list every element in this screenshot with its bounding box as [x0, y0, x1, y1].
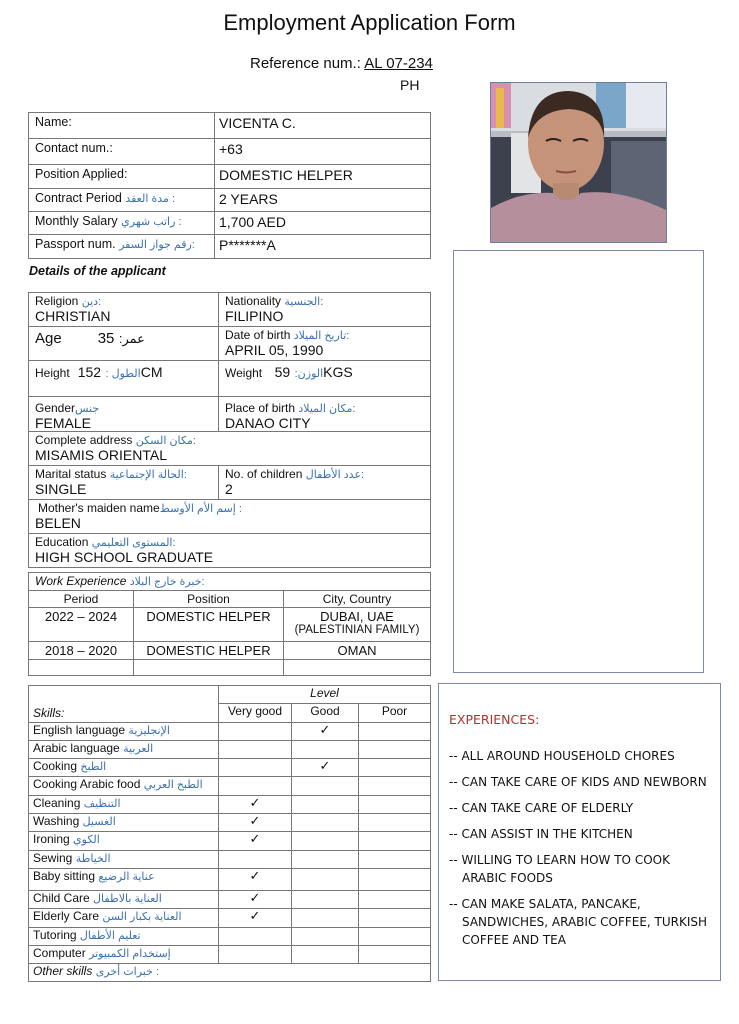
basic-info-row: Name: VICENTA C. [29, 113, 431, 139]
basic-info-label-ar: راتب شهري : [121, 216, 181, 228]
skill-name: Child Care [33, 891, 90, 905]
age-cell: Ageعمر: 35 [29, 327, 219, 361]
religion-value: CHRISTIAN [35, 308, 212, 324]
skill-name-ar: الغسيل [83, 816, 116, 828]
marital-status-cell: Marital status الحالة الإجتماعية: SINGLE [29, 466, 219, 500]
basic-info-label-cell: Contact num.: [29, 139, 215, 165]
skill-row: Arabic language العربية [29, 740, 431, 758]
work-experience-row: 2022 – 2024DOMESTIC HELPERDUBAI, UAE(PAL… [29, 608, 431, 642]
check-icon: ✓ [250, 908, 261, 923]
reference-number: Reference num.: AL 07-234 [250, 55, 433, 72]
other-skills-label-ar: خبرات أخرى : [96, 966, 159, 978]
skill-name-ar: التنظيف [84, 798, 121, 810]
skill-row: Elderly Care العناية بكبار السن✓ [29, 909, 431, 927]
experience-item: -- CAN MAKE SALATA, PANCAKE, SANDWICHES,… [449, 895, 710, 949]
work-position [134, 660, 284, 676]
height-label: Height [35, 366, 70, 380]
check-icon: ✓ [250, 795, 261, 810]
weight-label-ar: الوزن: [295, 368, 324, 380]
height-cell: Heightالطول : 152CM [29, 361, 219, 397]
skill-name: Tutoring [33, 928, 77, 942]
check-icon: ✓ [250, 890, 261, 905]
religion-cell: Religion دين: CHRISTIAN [29, 293, 219, 327]
basic-info-value: 1,700 AED [215, 212, 431, 235]
children-label: No. of children [225, 467, 302, 481]
skill-level-cell [359, 832, 431, 850]
check-icon: ✓ [250, 813, 261, 828]
work-experience-row [29, 660, 431, 676]
gender-cell: Genderجنس FEMALE [29, 397, 219, 432]
experiences-title: EXPERIENCES: [449, 712, 710, 727]
marital-status-label: Marital status [35, 467, 106, 481]
work-experience-row: 2018 – 2020DOMESTIC HELPEROMAN [29, 642, 431, 660]
basic-info-label: Name: [35, 115, 72, 129]
level-very-good: Very good [219, 704, 292, 722]
skill-level-cell [219, 722, 292, 740]
level-header: Level [219, 686, 431, 704]
col-location: City, Country [284, 591, 431, 608]
skill-name-cell: Washing الغسيل [29, 814, 219, 832]
work-experience-title-ar: خبرة خارج البلاد: [130, 576, 205, 588]
basic-info-label-cell: Name: [29, 113, 215, 139]
skill-row: Sewing الخياطة [29, 850, 431, 868]
portrait-image [491, 83, 667, 243]
basic-info-table: Name: VICENTA C.Contact num.: +63Positio… [28, 112, 431, 259]
skill-row: Cleaning التنظيف✓ [29, 795, 431, 813]
basic-info-label-cell: Contract Period مدة العقد : [29, 189, 215, 212]
skill-level-cell [359, 868, 431, 890]
children-value: 2 [225, 481, 424, 497]
skill-level-cell [292, 850, 359, 868]
religion-label-ar: دين: [82, 296, 101, 308]
nationality-value: FILIPINO [225, 308, 424, 324]
gender-label: Gender [35, 401, 75, 415]
address-label: Complete address [35, 433, 132, 447]
form-title: Employment Application Form [0, 10, 739, 36]
skill-level-cell [359, 850, 431, 868]
applicant-details-table: Religion دين: CHRISTIAN Nationality الجن… [28, 292, 431, 568]
skill-level-cell [219, 945, 292, 963]
skill-name-ar: العربية [123, 743, 153, 755]
height-label-ar: الطول : [106, 368, 141, 380]
skill-name: Cooking Arabic food [33, 777, 140, 791]
nationality-label-ar: الجنسية: [284, 296, 323, 308]
dob-label: Date of birth [225, 328, 290, 342]
gender-label-ar: جنس [75, 403, 99, 415]
marital-status-value: SINGLE [35, 481, 212, 497]
skill-row: Cooking الطبخ✓ [29, 759, 431, 777]
col-period: Period [29, 591, 134, 608]
reference-label: Reference num.: [250, 55, 361, 72]
skills-table: Skills: Level Very good Good Poor Englis… [28, 685, 431, 982]
basic-info-label-ar: مدة العقد : [125, 193, 175, 205]
basic-info-label-ar: رقم جواز السفر: [119, 239, 195, 251]
skill-level-cell [292, 868, 359, 890]
work-experience-table: Work Experience خبرة خارج البلاد: Period… [28, 572, 431, 676]
marital-status-label-ar: الحالة الإجتماعية: [110, 469, 187, 481]
skill-row: Washing الغسيل✓ [29, 814, 431, 832]
age-value: 35 [98, 330, 115, 347]
skill-name-cell: English language الإنجليزية [29, 722, 219, 740]
skill-level-cell [359, 795, 431, 813]
nationality-cell: Nationality الجنسية: FILIPINO [219, 293, 431, 327]
skill-level-cell [219, 740, 292, 758]
level-poor: Poor [359, 704, 431, 722]
skill-name-cell: Cleaning التنظيف [29, 795, 219, 813]
skill-name-cell: Computer إستخدام الكمبيوتر [29, 945, 219, 963]
check-icon: ✓ [250, 831, 261, 846]
skill-level-cell [292, 740, 359, 758]
other-skills-row: Other skills خبرات أخرى : [29, 964, 431, 982]
basic-info-value: 2 YEARS [215, 189, 431, 212]
basic-info-row: Position Applied: DOMESTIC HELPER [29, 165, 431, 189]
place-of-birth-cell: Place of birth مكان الميلاد: DANAO CITY [219, 397, 431, 432]
experience-item: -- ALL AROUND HOUSEHOLD CHORES [449, 747, 710, 765]
skill-name-cell: Baby sitting عناية الرضيع [29, 868, 219, 890]
skill-level-cell [292, 795, 359, 813]
skill-level-cell: ✓ [219, 890, 292, 908]
basic-info-label-cell: Passport num. رقم جواز السفر: [29, 235, 215, 259]
education-label: Education [35, 535, 88, 549]
skill-level-cell [359, 759, 431, 777]
work-location: OMAN [338, 643, 377, 658]
experience-item: -- CAN TAKE CARE OF KIDS AND NEWBORN [449, 773, 710, 791]
address-cell: Complete address مكان السكن: MISAMIS ORI… [29, 432, 431, 466]
check-icon: ✓ [250, 868, 261, 883]
skill-name-ar: الكوي [73, 834, 100, 846]
work-period: 2022 – 2024 [29, 608, 134, 642]
skill-level-cell: ✓ [219, 814, 292, 832]
skill-name-ar: العناية بالاطفال [93, 893, 162, 905]
skill-row: English language الإنجليزية✓ [29, 722, 431, 740]
skill-name-cell: Cooking الطبخ [29, 759, 219, 777]
skill-level-cell [359, 722, 431, 740]
basic-info-label: Contact num.: [35, 141, 113, 155]
religion-label: Religion [35, 294, 78, 308]
mother-name-cell: Mother's maiden nameإسم الأم الأوسط : BE… [29, 500, 431, 534]
education-value: HIGH SCHOOL GRADUATE [35, 549, 424, 565]
skill-name-ar: عناية الرضيع [98, 871, 154, 883]
basic-info-value: VICENTA C. [215, 113, 431, 139]
address-value: MISAMIS ORIENTAL [35, 447, 424, 463]
skill-name: Arabic language [33, 741, 120, 755]
age-label: Age [35, 330, 62, 347]
experience-item: -- CAN TAKE CARE OF ELDERLY [449, 799, 710, 817]
skill-name-ar: تعليم الأطفال [80, 930, 141, 942]
basic-info-label: Passport num. [35, 237, 116, 251]
skill-level-cell: ✓ [292, 759, 359, 777]
basic-info-row: Passport num. رقم جواز السفر:P*******A [29, 235, 431, 259]
work-location-note: (PALESTINIAN FAMILY) [288, 624, 426, 636]
work-location: DUBAI, UAE [320, 609, 394, 624]
basic-info-label: Contract Period [35, 191, 122, 205]
basic-info-label: Monthly Salary [35, 214, 118, 228]
skill-row: Tutoring تعليم الأطفال [29, 927, 431, 945]
basic-info-row: Contact num.: +63 [29, 139, 431, 165]
skill-row: Baby sitting عناية الرضيع✓ [29, 868, 431, 890]
skill-row: Ironing الكوي✓ [29, 832, 431, 850]
skill-name: English language [33, 723, 125, 737]
work-location-cell [284, 660, 431, 676]
skill-name-cell: Elderly Care العناية بكبار السن [29, 909, 219, 927]
skill-name-ar: إستخدام الكمبيوتر [89, 948, 171, 960]
skill-name-ar: الطبخ العربي [144, 779, 203, 791]
skill-level-cell [359, 927, 431, 945]
weight-cell: Weight الوزن: 59KGS [219, 361, 431, 397]
skill-row: Cooking Arabic food الطبخ العربي [29, 777, 431, 795]
skill-level-cell [359, 740, 431, 758]
age-label-ar: عمر: [119, 331, 145, 346]
skill-name: Elderly Care [33, 909, 99, 923]
basic-info-row: Monthly Salary راتب شهري :1,700 AED [29, 212, 431, 235]
children-cell: No. of children عدد الأطفال: 2 [219, 466, 431, 500]
skill-name: Baby sitting [33, 869, 95, 883]
basic-info-label-cell: Position Applied: [29, 165, 215, 189]
experiences-list: -- ALL AROUND HOUSEHOLD CHORES-- CAN TAK… [449, 747, 710, 949]
skill-name-cell: Child Care العناية بالاطفال [29, 890, 219, 908]
skill-level-cell [359, 909, 431, 927]
skill-level-cell: ✓ [292, 722, 359, 740]
skill-level-cell [219, 759, 292, 777]
skill-level-cell [292, 777, 359, 795]
skill-level-cell [292, 945, 359, 963]
skill-name-cell: Cooking Arabic food الطبخ العربي [29, 777, 219, 795]
place-of-birth-label: Place of birth [225, 401, 295, 415]
skill-level-cell [219, 850, 292, 868]
skill-name-cell: Tutoring تعليم الأطفال [29, 927, 219, 945]
basic-info-label: Position Applied: [35, 167, 127, 181]
skill-name-ar: الإنجليزية [128, 725, 169, 737]
skill-level-cell: ✓ [219, 868, 292, 890]
skill-name: Cooking [33, 759, 77, 773]
address-label-ar: مكان السكن: [136, 435, 196, 447]
basic-info-label-cell: Monthly Salary راتب شهري : [29, 212, 215, 235]
skill-name: Washing [33, 814, 79, 828]
skill-level-cell [292, 832, 359, 850]
skill-name: Computer [33, 946, 86, 960]
education-cell: Education المستوى التعليمي: HIGH SCHOOL … [29, 534, 431, 568]
children-label-ar: عدد الأطفال: [306, 469, 364, 481]
skill-level-cell [359, 814, 431, 832]
weight-label: Weight [225, 366, 262, 380]
experiences-box: EXPERIENCES: -- ALL AROUND HOUSEHOLD CHO… [438, 683, 721, 981]
nationality-label: Nationality [225, 294, 281, 308]
applicant-photo [490, 82, 667, 243]
mother-name-value: BELEN [35, 515, 424, 531]
basic-info-value: +63 [215, 139, 431, 165]
skill-name: Cleaning [33, 796, 80, 810]
work-experience-title-cell: Work Experience خبرة خارج البلاد: [29, 573, 431, 591]
place-of-birth-value: DANAO CITY [225, 415, 424, 431]
work-position: DOMESTIC HELPER [134, 642, 284, 660]
skill-level-cell [292, 890, 359, 908]
details-section-title: Details of the applicant [29, 264, 166, 278]
col-position: Position [134, 591, 284, 608]
mother-name-label: Mother's maiden name [38, 501, 160, 515]
check-icon: ✓ [320, 758, 331, 773]
basic-info-value: P*******A [215, 235, 431, 259]
skill-level-cell [292, 814, 359, 832]
skill-name-ar: الخياطة [76, 853, 111, 865]
check-icon: ✓ [320, 722, 331, 737]
work-experience-title: Work Experience [35, 574, 126, 588]
work-position: DOMESTIC HELPER [134, 608, 284, 642]
skill-name-cell: Arabic language العربية [29, 740, 219, 758]
skill-name-ar: الطبخ [80, 761, 106, 773]
skill-level-cell [219, 777, 292, 795]
education-label-ar: المستوى التعليمي: [92, 537, 176, 549]
skill-level-cell: ✓ [219, 909, 292, 927]
other-skills-label: Other skills [33, 964, 92, 978]
blank-box [453, 250, 704, 673]
gender-value: FEMALE [35, 415, 212, 431]
country-code: PH [400, 77, 419, 93]
work-location-cell: DUBAI, UAE(PALESTINIAN FAMILY) [284, 608, 431, 642]
skill-level-cell [292, 927, 359, 945]
skill-level-cell [359, 777, 431, 795]
level-good: Good [292, 704, 359, 722]
experience-item: -- WILLING TO LEARN HOW TO COOK ARABIC F… [449, 851, 710, 887]
skill-level-cell: ✓ [219, 795, 292, 813]
work-period: 2018 – 2020 [29, 642, 134, 660]
skill-level-cell [219, 927, 292, 945]
skill-row: Computer إستخدام الكمبيوتر [29, 945, 431, 963]
dob-value: APRIL 05, 1990 [225, 342, 424, 358]
skill-name-cell: Sewing الخياطة [29, 850, 219, 868]
dob-cell: Date of birth تاريخ الميلاد: APRIL 05, 1… [219, 327, 431, 361]
skill-row: Child Care العناية بالاطفال✓ [29, 890, 431, 908]
skills-title: Skills: [29, 686, 219, 723]
experience-item: -- CAN ASSIST IN THE KITCHEN [449, 825, 710, 843]
reference-value: AL 07-234 [364, 55, 433, 72]
mother-name-label-ar: إسم الأم الأوسط : [160, 503, 242, 515]
basic-info-value: DOMESTIC HELPER [215, 165, 431, 189]
work-period [29, 660, 134, 676]
work-location-cell: OMAN [284, 642, 431, 660]
skill-level-cell [359, 945, 431, 963]
skill-name-ar: العناية بكبار السن [102, 911, 181, 923]
skill-level-cell: ✓ [219, 832, 292, 850]
skill-name-cell: Ironing الكوي [29, 832, 219, 850]
skill-name: Sewing [33, 851, 72, 865]
dob-label-ar: تاريخ الميلاد: [294, 330, 350, 342]
basic-info-row: Contract Period مدة العقد :2 YEARS [29, 189, 431, 212]
skill-name: Ironing [33, 832, 70, 846]
skill-level-cell [292, 909, 359, 927]
skill-level-cell [359, 890, 431, 908]
place-of-birth-label-ar: مكان الميلاد: [298, 403, 355, 415]
